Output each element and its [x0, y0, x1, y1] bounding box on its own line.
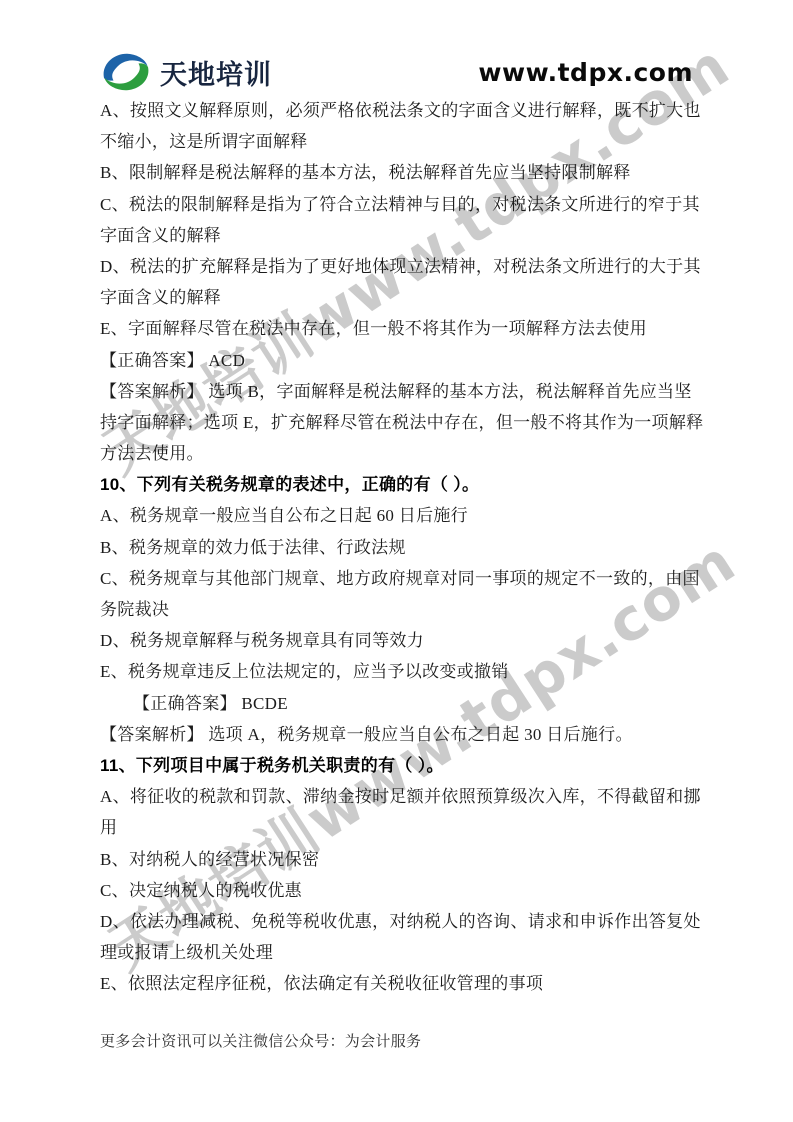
- text-line: C、税法的限制解释是指为了符合立法精神与目的，对税法条文所进行的窄于其: [100, 189, 700, 220]
- text-line: 持字面解释；选项 E，扩充解释尽管在税法中存在，但一般不将其作为一项解释: [100, 407, 700, 438]
- text-line: B、对纳税人的经营状况保密: [100, 844, 700, 875]
- text-line: B、限制解释是税法解释的基本方法，税法解释首先应当坚持限制解释: [100, 157, 700, 188]
- logo: 天地培训: [100, 50, 272, 94]
- text-line: 字面含义的解释: [100, 282, 700, 313]
- text-line: 务院裁决: [100, 594, 700, 625]
- text-line: C、税务规章与其他部门规章、地方政府规章对同一事项的规定不一致的，由国: [100, 563, 700, 594]
- text-line: 方法去使用。: [100, 438, 700, 469]
- text-line: B、税务规章的效力低于法律、行政法规: [100, 532, 700, 563]
- document-page: 天地培训www.tdpx.com 天地培训www.tdpx.com 天地培训 w…: [0, 0, 793, 1122]
- text-line: 【答案解析】 选项 B，字面解释是税法解释的基本方法，税法解释首先应当坚: [100, 376, 700, 407]
- text-line: D、税务规章解释与税务规章具有同等效力: [100, 625, 700, 656]
- logo-text: 天地培训: [160, 53, 272, 92]
- text-line: A、按照文义解释原则，必须严格依税法条文的字面含义进行解释，既不扩大也: [100, 95, 700, 126]
- site-url: www.tdpx.com: [478, 58, 693, 87]
- text-line: D、税法的扩充解释是指为了更好地体现立法精神，对税法条文所进行的大于其: [100, 251, 700, 282]
- text-line: 不缩小，这是所谓字面解释: [100, 126, 700, 157]
- text-line: 【正确答案】 BCDE: [100, 688, 700, 719]
- text-line: E、字面解释尽管在税法中存在，但一般不将其作为一项解释方法去使用: [100, 313, 700, 344]
- text-line: E、依照法定程序征税，依法确定有关税收征收管理的事项: [100, 968, 700, 999]
- text-line: 理或报请上级机关处理: [100, 937, 700, 968]
- page-header: 天地培训 www.tdpx.com: [100, 46, 693, 98]
- text-line: 用: [100, 812, 700, 843]
- text-line: A、税务规章一般应当自公布之日起 60 日后施行: [100, 500, 700, 531]
- text-line: 【正确答案】 ACD: [100, 345, 700, 376]
- text-line: 字面含义的解释: [100, 220, 700, 251]
- tiandi-swirl-logo-icon: [100, 50, 152, 94]
- text-line: 【答案解析】 选项 A，税务规章一般应当自公布之日起 30 日后施行。: [100, 719, 700, 750]
- document-body: A、按照文义解释原则，必须严格依税法条文的字面含义进行解释，既不扩大也不缩小，这…: [100, 95, 700, 999]
- text-line: D、依法办理减税、免税等税收优惠，对纳税人的咨询、请求和申诉作出答复处: [100, 906, 700, 937]
- text-line: C、决定纳税人的税收优惠: [100, 875, 700, 906]
- footer-note: 更多会计资讯可以关注微信公众号：为会计服务: [100, 1030, 421, 1051]
- text-line: E、税务规章违反上位法规定的，应当予以改变或撤销: [100, 656, 700, 687]
- text-line: A、将征收的税款和罚款、滞纳金按时足额并依照预算级次入库，不得截留和挪: [100, 781, 700, 812]
- question-heading: 11、下列项目中属于税务机关职责的有（ ）。: [100, 750, 700, 781]
- question-heading: 10、下列有关税务规章的表述中，正确的有（ ）。: [100, 469, 700, 500]
